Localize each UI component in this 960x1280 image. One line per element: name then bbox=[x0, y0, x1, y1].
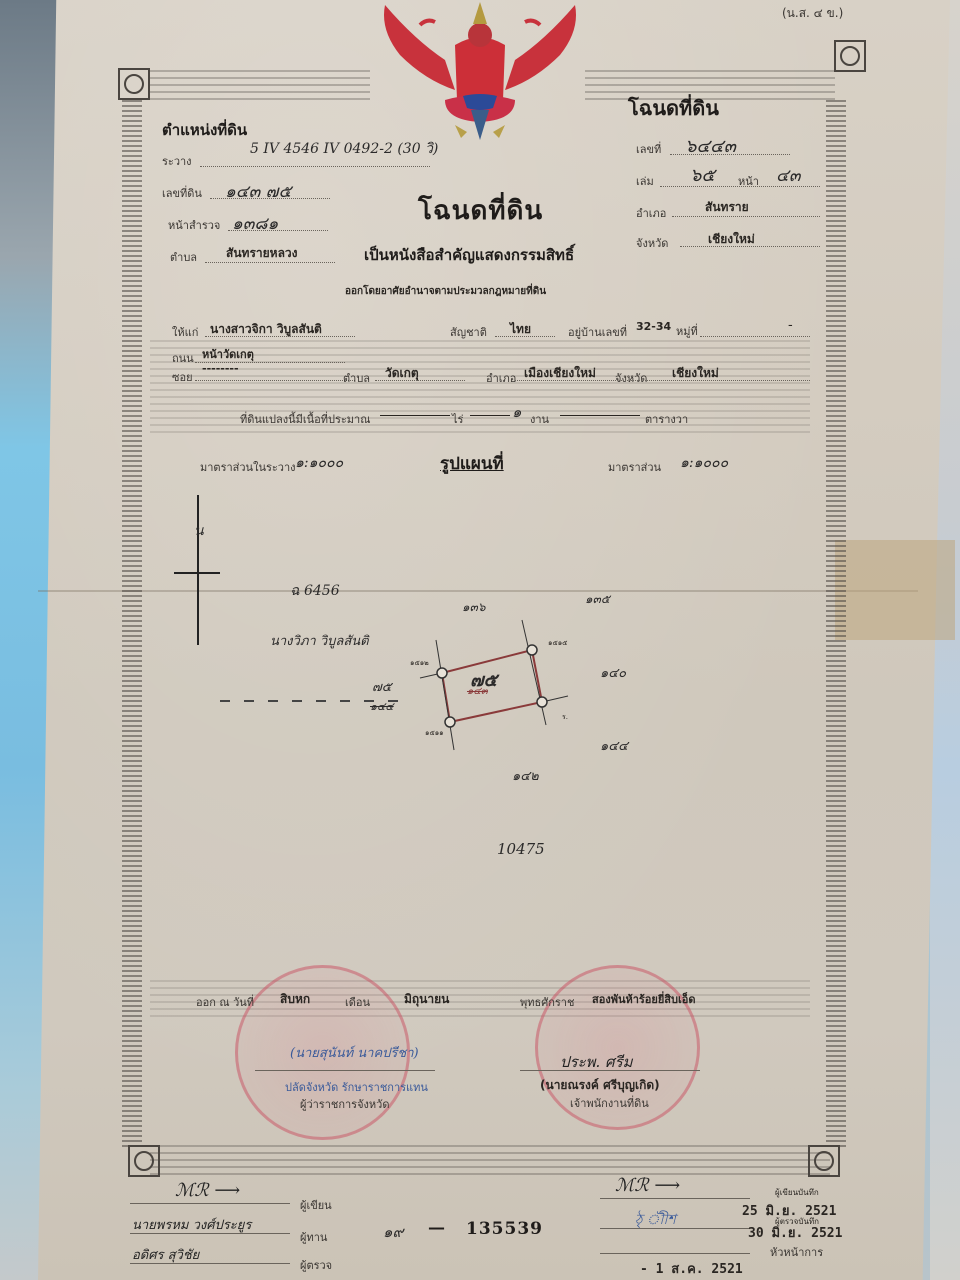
corner-ornament-icon bbox=[118, 68, 150, 100]
handwritten-number: 10475 bbox=[497, 840, 545, 858]
tambon-label: ตำบล bbox=[343, 369, 370, 387]
page-label: หน้า bbox=[738, 172, 759, 190]
garuda-emblem-icon bbox=[375, 0, 585, 150]
right-signatory-title: เจ้าพนักงานที่ดิน bbox=[570, 1094, 649, 1112]
boundary-marker: ๑๕๑๑ bbox=[425, 728, 444, 739]
head-label: หัวหน้าการ bbox=[770, 1243, 823, 1261]
adjacent-parcel: ๑๔๐ bbox=[600, 662, 626, 683]
area-label: ที่ดินแปลงนี้มีเนื้อที่ประมาณ bbox=[240, 410, 370, 428]
boundary-marker: ๑๕๑๒ bbox=[410, 658, 429, 669]
road-value: หน้าวัดเกตุ bbox=[202, 345, 254, 363]
volume-value: ๖๕ bbox=[690, 160, 715, 189]
main-title: โฉนดที่ดิน bbox=[418, 190, 543, 231]
district-value: สันทราย bbox=[705, 198, 749, 217]
date-stamp-1-label: ผู้เขียนบันทึก bbox=[775, 1186, 819, 1199]
border-pattern-left bbox=[122, 100, 142, 1150]
issued-month-label: เดือน bbox=[345, 993, 370, 1011]
soi-label: ซอย bbox=[172, 368, 193, 386]
border-pattern-top-left bbox=[150, 70, 370, 100]
district-label: อำเภอ bbox=[636, 204, 666, 222]
land-no-label: เลขที่ดิน bbox=[162, 184, 202, 202]
tape-patch bbox=[835, 540, 955, 640]
survey-page-value: ๑๓๘๑ bbox=[232, 210, 278, 237]
neighbor-owner-name: นางวิภา วิบูลสันติ bbox=[270, 630, 369, 651]
issued-year-label: พุทธศักราช bbox=[520, 993, 574, 1011]
area-wa-label: ตารางวา bbox=[645, 410, 688, 428]
land-no-value: ๑๔๓ ๗๕ bbox=[225, 178, 291, 205]
corner-ornament-icon bbox=[128, 1145, 160, 1177]
corner-ornament-icon bbox=[808, 1145, 840, 1177]
border-pattern-bottom bbox=[150, 1145, 830, 1175]
road-label: ถนน bbox=[172, 349, 194, 367]
north-symbol: น bbox=[194, 520, 204, 542]
sheet-scale-value: ๑:๑๐๐๐ bbox=[295, 452, 343, 474]
main-subtitle: เป็นหนังสือสำคัญแสดงกรรมสิทธิ์ bbox=[364, 243, 574, 267]
subdistrict-label: ตำบล bbox=[170, 248, 197, 266]
checker-label: ผู้ทาน bbox=[300, 1228, 327, 1246]
boundary-marker: ๑๕๑๕ bbox=[548, 638, 567, 649]
land-parcel-map bbox=[160, 490, 840, 890]
parcel-left-number: ๗๕ bbox=[372, 676, 392, 697]
adjacent-parcel: ๑๔๔ bbox=[600, 735, 628, 756]
left-signatory-name: (นายสุนันท์ นาคปรีชา) bbox=[290, 1042, 419, 1063]
area-rai-label: ไร่ bbox=[452, 410, 463, 428]
document-type-title: โฉนดที่ดิน bbox=[628, 92, 719, 124]
scale-value: ๑:๑๐๐๐ bbox=[680, 452, 728, 474]
nationality-label: สัญชาติ bbox=[450, 323, 487, 341]
inspector-name: อดิศร สุวิชัย bbox=[132, 1244, 199, 1265]
writer-signature: ℳℛ ⟶ bbox=[175, 1180, 240, 1201]
moo-value: - bbox=[788, 318, 793, 333]
right-signatory-name: (นายณรงค์ ศรีบุญเกิด) bbox=[540, 1076, 660, 1095]
serial-dash: — bbox=[428, 1218, 446, 1238]
province-label-owner: จังหวัด bbox=[615, 369, 647, 387]
serial-number: 135539 bbox=[466, 1219, 543, 1239]
date-stamp-3: - 1 ส.ค. 2521 bbox=[640, 1258, 743, 1279]
parcel-left-old-number: ๑๔๔ bbox=[370, 697, 394, 715]
date-stamp-2-label: ผู้ตรวจบันทึก bbox=[775, 1215, 819, 1228]
adjacent-parcel: ๑๔๒ bbox=[512, 765, 539, 786]
volume-label: เล่ม bbox=[636, 172, 654, 190]
area-rai-value bbox=[380, 404, 450, 416]
issued-day: สิบหก bbox=[280, 990, 310, 1009]
issued-month: มิถุนายน bbox=[404, 990, 449, 1009]
owner-to-label: ให้แก่ bbox=[172, 323, 198, 341]
survey-page-label: หน้าสำรวจ bbox=[168, 216, 220, 234]
area-wa-value bbox=[560, 404, 640, 416]
sheet-label: ระวาง bbox=[162, 152, 192, 170]
issued-year: สองพันห้าร้อยยี่สิบเอ็ด bbox=[592, 990, 696, 1008]
deed-no-label: เลขที่ bbox=[636, 140, 661, 158]
sheet-scale-label: มาตราส่วนในระวาง bbox=[200, 458, 296, 476]
issued-date-label: ออก ณ วันที่ bbox=[196, 993, 254, 1011]
map-title: รูปแผนที่ bbox=[440, 450, 504, 477]
form-code: (น.ส. ๔ ข.) bbox=[782, 4, 843, 23]
page-value: ๔๓ bbox=[776, 162, 801, 189]
adjacent-parcel: ๑๓๖ bbox=[462, 598, 485, 617]
left-signatory-title: ผู้ว่าราชการจังหวัด bbox=[300, 1095, 389, 1113]
deed-no-value: ๖๔๔๓ bbox=[685, 131, 736, 160]
serial-prefix: ๑๙ bbox=[383, 1220, 404, 1244]
neighbor-deed-number: ฉ 6456 bbox=[290, 580, 340, 602]
boundary-marker: ร. bbox=[562, 712, 568, 723]
adjacent-parcel: ๑๓๕ bbox=[585, 590, 610, 609]
house-no-label: อยู่บ้านเลขที่ bbox=[568, 323, 627, 341]
amphoe-label: อำเภอ bbox=[486, 369, 516, 387]
inspector-label: ผู้ตรวจ bbox=[300, 1256, 332, 1274]
house-no-value: 32-34 bbox=[636, 320, 671, 333]
province-label: จังหวัด bbox=[636, 234, 668, 252]
area-ngan-label: งาน bbox=[530, 410, 549, 428]
registrar-signature: ℳℛ ⟶ bbox=[615, 1175, 680, 1196]
subdistrict-value: สันทรายหลวง bbox=[226, 244, 298, 263]
area-ngan-value: ๑ bbox=[512, 400, 522, 424]
sheet-value: 5 IV 4546 IV 0492-2 (30 วิ) bbox=[250, 138, 438, 160]
moo-label: หมู่ที่ bbox=[676, 322, 698, 340]
corner-ornament-icon bbox=[834, 40, 866, 72]
land-position-heading: ตำแหน่งที่ดิน bbox=[162, 118, 247, 142]
writer-label: ผู้เขียน bbox=[300, 1196, 332, 1214]
left-signatory-acting: ปลัดจังหวัด รักษาราชการแทน bbox=[285, 1078, 428, 1096]
parcel-center-old-number: ๑๔๓ bbox=[467, 684, 488, 699]
checker-name: นายพรหม วงศ์ประยูร bbox=[132, 1214, 251, 1235]
scale-label: มาตราส่วน bbox=[608, 458, 661, 476]
issued-by-line: ออกโดยอาศัยอำนาจตามประมวลกฎหมายที่ดิน bbox=[345, 284, 546, 299]
soi-value: -------- bbox=[202, 362, 239, 375]
